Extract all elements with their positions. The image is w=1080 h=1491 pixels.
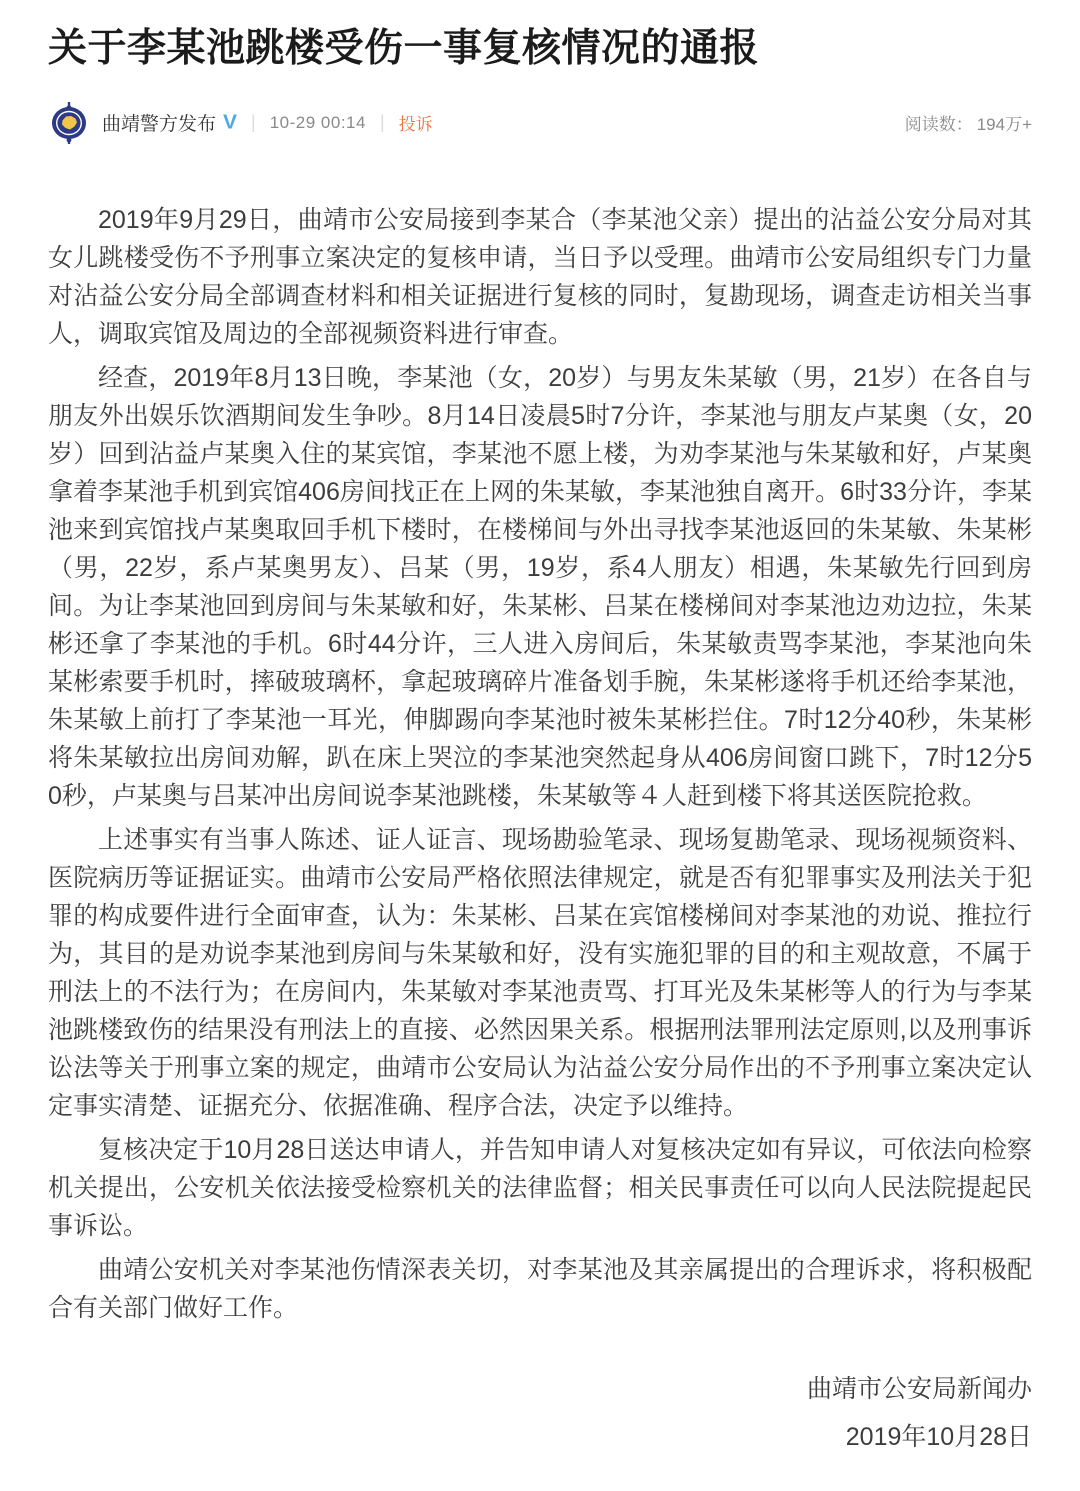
article-paragraph: 2019年9月29日，曲靖市公安局接到李某合（李某池父亲）提出的沾益公安分局对其… [48, 201, 1032, 353]
signature-date: 2019年10月28日 [48, 1413, 1032, 1461]
post-timestamp: 10-29 00:14 [270, 113, 366, 133]
meta-divider: | [380, 112, 385, 133]
complaint-link[interactable]: 投诉 [399, 110, 433, 135]
verified-v-icon: V [223, 111, 237, 134]
article-paragraph: 上述事实有当事人陈述、证人证言、现场勘验笔录、现场复勘笔录、现场视频资料、医院病… [48, 821, 1032, 1125]
read-count: 阅读数： 194万+ [905, 110, 1032, 135]
police-badge-avatar[interactable] [48, 101, 90, 145]
article-page: 关于李某池跳楼受伤一事复核情况的通报 曲靖警方发布 V | 10-29 00:1… [0, 0, 1080, 1491]
signature-author: 曲靖市公安局新闻办 [48, 1365, 1032, 1413]
article-paragraph: 经查，2019年8月13日晚，李某池（女，20岁）与男友朱某敏（男，21岁）在各… [48, 359, 1032, 815]
article-body: 2019年9月29日，曲靖市公安局接到李某合（李某池父亲）提出的沾益公安分局对其… [48, 201, 1032, 1327]
signature-block: 曲靖市公安局新闻办 2019年10月28日 [48, 1365, 1032, 1461]
police-badge-icon [48, 101, 90, 145]
read-count-value: 194万+ [977, 110, 1032, 135]
article-paragraph: 曲靖公安机关对李某池伤情深表关切，对李某池及其亲属提出的合理诉求，将积极配合有关… [48, 1251, 1032, 1327]
meta-divider: | [251, 112, 256, 133]
read-count-label: 阅读数： [905, 110, 973, 135]
account-name[interactable]: 曲靖警方发布 [102, 109, 216, 136]
article-title: 关于李某池跳楼受伤一事复核情况的通报 [48, 26, 1032, 73]
post-meta-left: 曲靖警方发布 V | 10-29 00:14 | 投诉 [48, 101, 433, 145]
article-paragraph: 复核决定于10月28日送达申请人，并告知申请人对复核决定如有异议，可依法向检察机… [48, 1131, 1032, 1245]
post-meta-row: 曲靖警方发布 V | 10-29 00:14 | 投诉 阅读数： 194万+ [48, 101, 1032, 145]
